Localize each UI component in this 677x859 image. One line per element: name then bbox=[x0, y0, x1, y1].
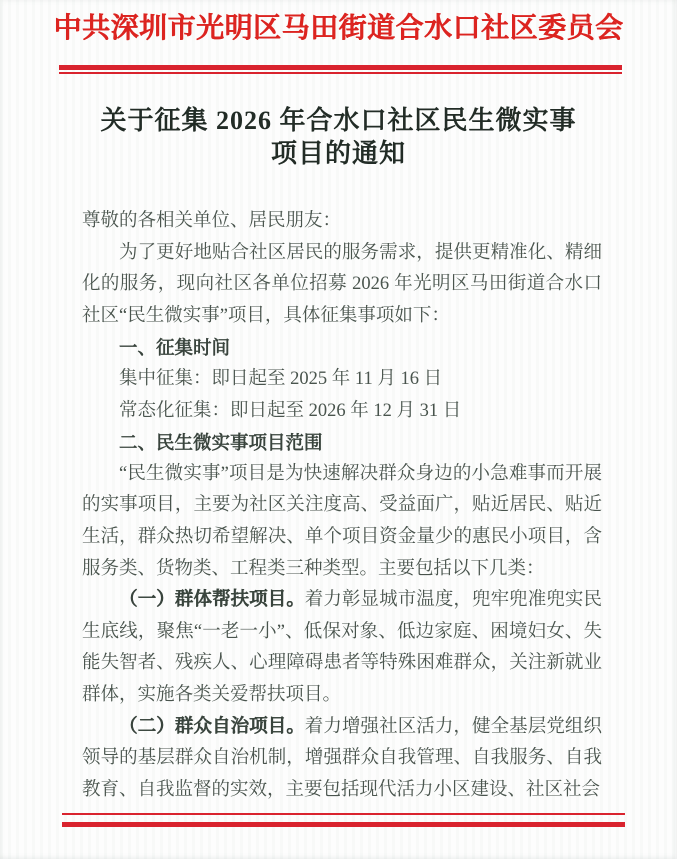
document-body: 尊敬的各相关单位、居民朋友：为了更好地贴合社区居民的服务需求，提供更精准化、精细… bbox=[82, 206, 602, 806]
footer-divider-gap bbox=[62, 815, 625, 823]
paragraph-body: “民生微实事”项目是为快速解决群众身边的小急难事而开展的实事项目，主要为社区关注… bbox=[82, 459, 602, 585]
document-title-line-2: 项目的通知 bbox=[0, 137, 677, 170]
document-title-line-1: 关于征集 2026 年合水口社区民生微实事 bbox=[0, 104, 677, 137]
header-divider bbox=[59, 65, 622, 74]
footer-divider-thick-line bbox=[62, 822, 625, 827]
paragraph-heading: 一、征集时间 bbox=[82, 332, 602, 364]
paragraph-body: 为了更好地贴合社区居民的服务需求，提供更精准化、精细化的服务，现向社区各单位招募… bbox=[82, 238, 602, 333]
paragraph-date: 常态化征集：即日起至 2026 年 12 月 31 日 bbox=[82, 396, 602, 428]
document-title: 关于征集 2026 年合水口社区民生微实事 项目的通知 bbox=[0, 104, 677, 170]
document-page: 中共深圳市光明区马田街道合水口社区委员会 关于征集 2026 年合水口社区民生微… bbox=[0, 0, 677, 859]
footer-divider bbox=[62, 813, 625, 827]
paragraph-heading: 二、民生微实事项目范围 bbox=[82, 427, 602, 459]
paragraph-salutation: 尊敬的各相关单位、居民朋友： bbox=[82, 206, 602, 238]
paragraph-date: 集中征集：即日起至 2025 年 11 月 16 日 bbox=[82, 364, 602, 396]
header-divider-thin-line bbox=[59, 72, 622, 74]
org-title: 中共深圳市光明区马田街道合水口社区委员会 bbox=[0, 12, 677, 46]
paragraph-lead: （二）群众自治项目。 bbox=[119, 717, 305, 737]
paragraph-lead: （一）群体帮扶项目。 bbox=[119, 590, 305, 610]
paragraph-body: （二）群众自治项目。着力增强社区活力，健全基层党组织领导的基层群众自治机制，增强… bbox=[82, 712, 602, 807]
paragraph-body: （一）群体帮扶项目。着力彰显城市温度，兜牢兜准兜实民生底线，聚焦“一老一小”、低… bbox=[82, 585, 602, 711]
